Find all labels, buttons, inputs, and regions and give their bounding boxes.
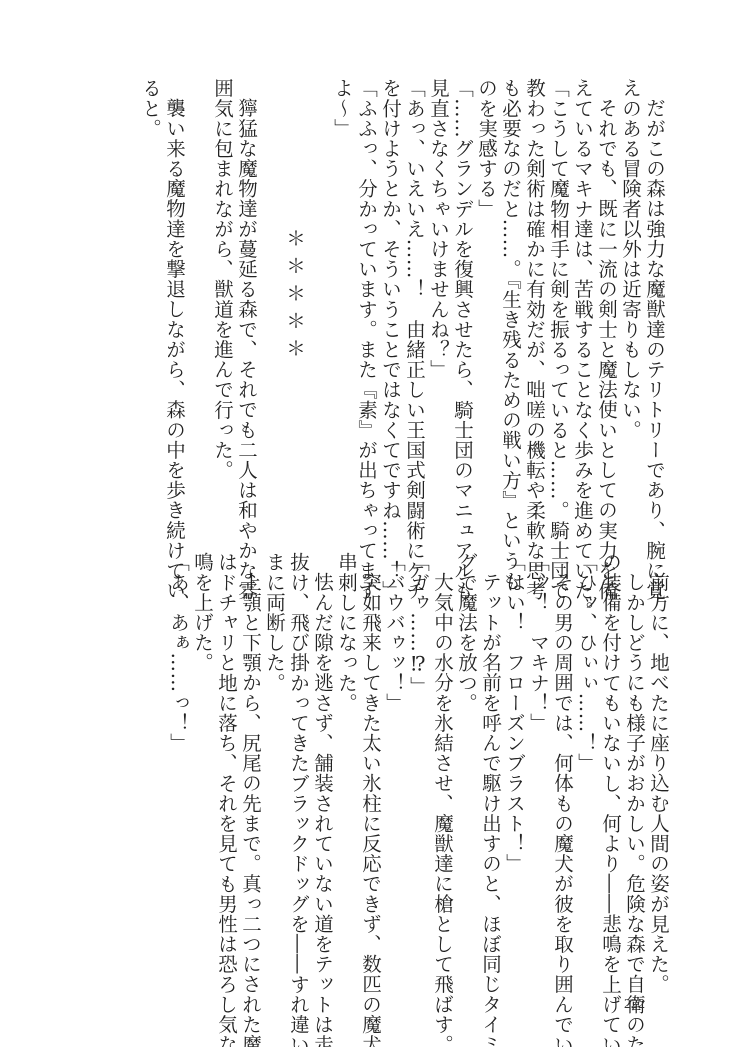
text-line: を付けようとか、そういうことではなくてですね……！」 (378, 78, 402, 508)
text-line: 怯んだ隙を逃さず、舗装されていない道をテットは走り (310, 552, 334, 982)
dialogue-line: 「ガゥ……⁉」 (406, 552, 430, 982)
text-line: 獰猛な魔物達が蔓延る森で、それでも二人は和やかな雰 (234, 78, 258, 508)
scene-break: ＊＊＊＊＊ (282, 78, 306, 508)
text-line: の装備を付けてもいないし、何より――悲鳴を上げている。 (598, 552, 622, 982)
text-line: のを実感する」 (474, 78, 498, 508)
text-line: 大気中の水分を氷結させ、魔獣達に槍として飛ばす。 (430, 552, 454, 982)
text-line: えのある冒険者以外は近寄りもしない。 (618, 78, 642, 508)
text-line: よ～」 (330, 78, 354, 508)
dialogue-line: 「バウバゥッ！」 (382, 552, 406, 982)
text-line: も必要なのだと……。『生き残るための戦い方』というも (498, 78, 522, 508)
text-line: 見直さなくちゃいけませんね？」 (426, 78, 450, 508)
text-line: 突如飛来してきた太い氷柱に反応できず、数匹の魔犬が (358, 552, 382, 982)
dialogue-line: 「……グランデルを復興させたら、騎士団のマニュアルも (450, 78, 474, 508)
text-line: 串刺しになった。 (334, 552, 358, 982)
dialogue-line: 「あ、あぁ……っ！」 (166, 552, 190, 982)
blank-line: ​ (258, 78, 282, 508)
text-line: 前方に、地べたに座り込む人間の姿が見えた。 (646, 552, 670, 982)
text-line: その男の周囲では、何体もの魔犬が彼を取り囲んでいた。 (550, 552, 574, 982)
dialogue-line: 「ッ！ マキナ！」 (526, 552, 550, 982)
text-line: それでも、既に一流の剣士と魔法使いとしての実力を備 (594, 78, 618, 508)
text-line: えているマキナ達は、苦戦することなく歩みを進めていた。 (570, 78, 594, 508)
page-number: 222 (624, 997, 645, 1013)
dialogue-line: 「ひッ、ひぃぃ……！」 (574, 552, 598, 982)
text-block-bottom: 前方に、地べたに座り込む人間の姿が見えた。 しかしどうにも様子がおかしい。危険な… (100, 552, 670, 982)
text-line: 囲気に包まれながら、獣道を進んで行った。 (210, 78, 234, 508)
text-line: 教わった剣術は確かに有効だが、咄嗟の機転や柔軟な思考 (522, 78, 546, 508)
text-line: 上顎と下顎から、尻尾の先まで。真っ二つにされた魔犬 (238, 552, 262, 982)
text-line: グで魔法を放つ。 (454, 552, 478, 982)
text-line: ると。 (138, 78, 162, 508)
text-line: 襲い来る魔物達を撃退しながら、森の中を歩き続けてい (162, 78, 186, 508)
dialogue-line: 「はい！ フローズンブラスト！」 (502, 552, 526, 982)
dialogue-line: 「こうして魔物相手に剣を振るっていると……。騎士団で (546, 78, 570, 508)
text-line: 抜け、飛び掛かってきたブラックドッグを――すれ違いざ (286, 552, 310, 982)
text-line: だがこの森は強力な魔獣達のテリトリーであり、腕に覚 (642, 78, 666, 508)
text-block-top: だがこの森は強力な魔獣達のテリトリーであり、腕に覚 えのある冒険者以外は近寄りも… (96, 78, 666, 508)
text-line: まに両断した。 (262, 552, 286, 982)
blank-line: ​ (306, 78, 330, 508)
dialogue-line: 「ふふっ、分かっています。また『素』が出ちゃってます (354, 78, 378, 508)
text-line: しかしどうにも様子がおかしい。危険な森で自衛のため (622, 552, 646, 982)
text-line: テットが名前を呼んで駆け出すのと、ほぼ同じタイミン (478, 552, 502, 982)
blank-line: ​ (186, 78, 210, 508)
text-line: 鳴を上げた。 (190, 552, 214, 982)
text-line: はドチャリと地に落ち、それを見ても男性は恐ろし気な悲 (214, 552, 238, 982)
dialogue-line: 「あっ、いえいえ……！ 由緒正しい王国式剣闘術にケチ (402, 78, 426, 508)
